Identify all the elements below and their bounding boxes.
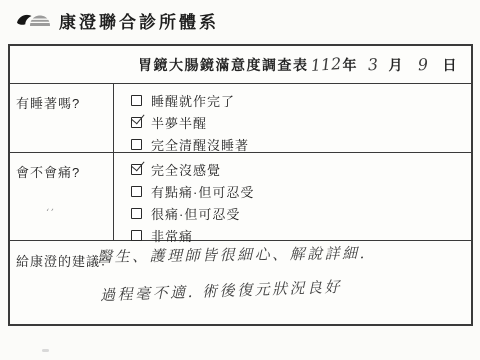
- checkbox-icon: [131, 117, 142, 128]
- option-label: 完全沒感覺: [151, 160, 221, 179]
- question-label-sleep: 有睡著嗎?: [10, 84, 114, 152]
- option-label: 很痛·但可忍受: [151, 204, 240, 223]
- year-label: 年: [343, 55, 357, 75]
- option-label: 完全清醒沒睡著: [151, 135, 249, 154]
- month-label: 月: [389, 55, 403, 75]
- scanned-survey-form: 康澄聯合診所體系 胃鏡大腸鏡滿意度調查表 112 年 3 月 9 日 有睡著嗎?…: [0, 0, 480, 360]
- check-mark: [131, 110, 144, 124]
- option-row: 完全清醒沒睡著: [131, 133, 471, 155]
- suggestion-row: 給康澄的建議： 醫生、護理師皆很細心、解說詳細. 過程毫不適. 術後復元狀況良好: [10, 241, 471, 324]
- option-row: 完全沒感覺: [131, 158, 471, 180]
- options-pain: 完全沒感覺 有點痛·但可忍受 很痛·但可忍受: [114, 153, 471, 240]
- check-mark: [131, 157, 144, 171]
- day-label: 日: [443, 55, 457, 75]
- checkbox-icon: [131, 164, 142, 175]
- checkbox-icon: [131, 208, 142, 219]
- options-sleep: 睡醒就作完了 半夢半醒 完全清醒沒睡著: [114, 84, 471, 152]
- checkbox-icon: [131, 230, 142, 241]
- question-row-sleep: 有睡著嗎? 睡醒就作完了 半夢半醒: [10, 84, 471, 153]
- clinic-logo-icon: [16, 11, 52, 30]
- survey-title-row: 胃鏡大腸鏡滿意度調查表 112 年 3 月 9 日: [10, 46, 471, 84]
- option-label: 睡醒就作完了: [151, 91, 235, 110]
- handwritten-day: 9: [402, 54, 443, 76]
- scan-smudge: [42, 349, 49, 352]
- checkbox-icon: [131, 139, 142, 150]
- option-label: 有點痛·但可忍受: [151, 182, 254, 201]
- survey-table: 胃鏡大腸鏡滿意度調查表 112 年 3 月 9 日 有睡著嗎? 睡醒就作完了: [8, 44, 473, 326]
- option-row: 睡醒就作完了: [131, 89, 471, 111]
- handwritten-comment-line-2: 過程毫不適. 術後復元狀況良好: [100, 276, 343, 305]
- handwritten-year: 112: [308, 54, 343, 75]
- question-row-pain: 會不會痛? 完全沒感覺 有點痛·但可忍受: [10, 153, 471, 241]
- checkbox-icon: [131, 95, 142, 106]
- stray-pen-mark: ʻ٬: [46, 208, 52, 219]
- question-label-pain: 會不會痛?: [10, 153, 114, 240]
- handwritten-month: 3: [356, 54, 389, 75]
- handwritten-comment-line-1: 醫生、護理師皆很細心、解說詳細.: [97, 242, 367, 267]
- clinic-header: 康澄聯合診所體系: [16, 8, 219, 33]
- option-row: 有點痛·但可忍受: [131, 180, 471, 202]
- clinic-name: 康澄聯合診所體系: [59, 8, 219, 33]
- option-label: 半夢半醒: [151, 113, 207, 132]
- option-row: 半夢半醒: [131, 111, 471, 133]
- option-row: 很痛·但可忍受: [131, 202, 471, 224]
- survey-title: 胃鏡大腸鏡滿意度調查表: [138, 55, 309, 75]
- checkbox-icon: [131, 186, 142, 197]
